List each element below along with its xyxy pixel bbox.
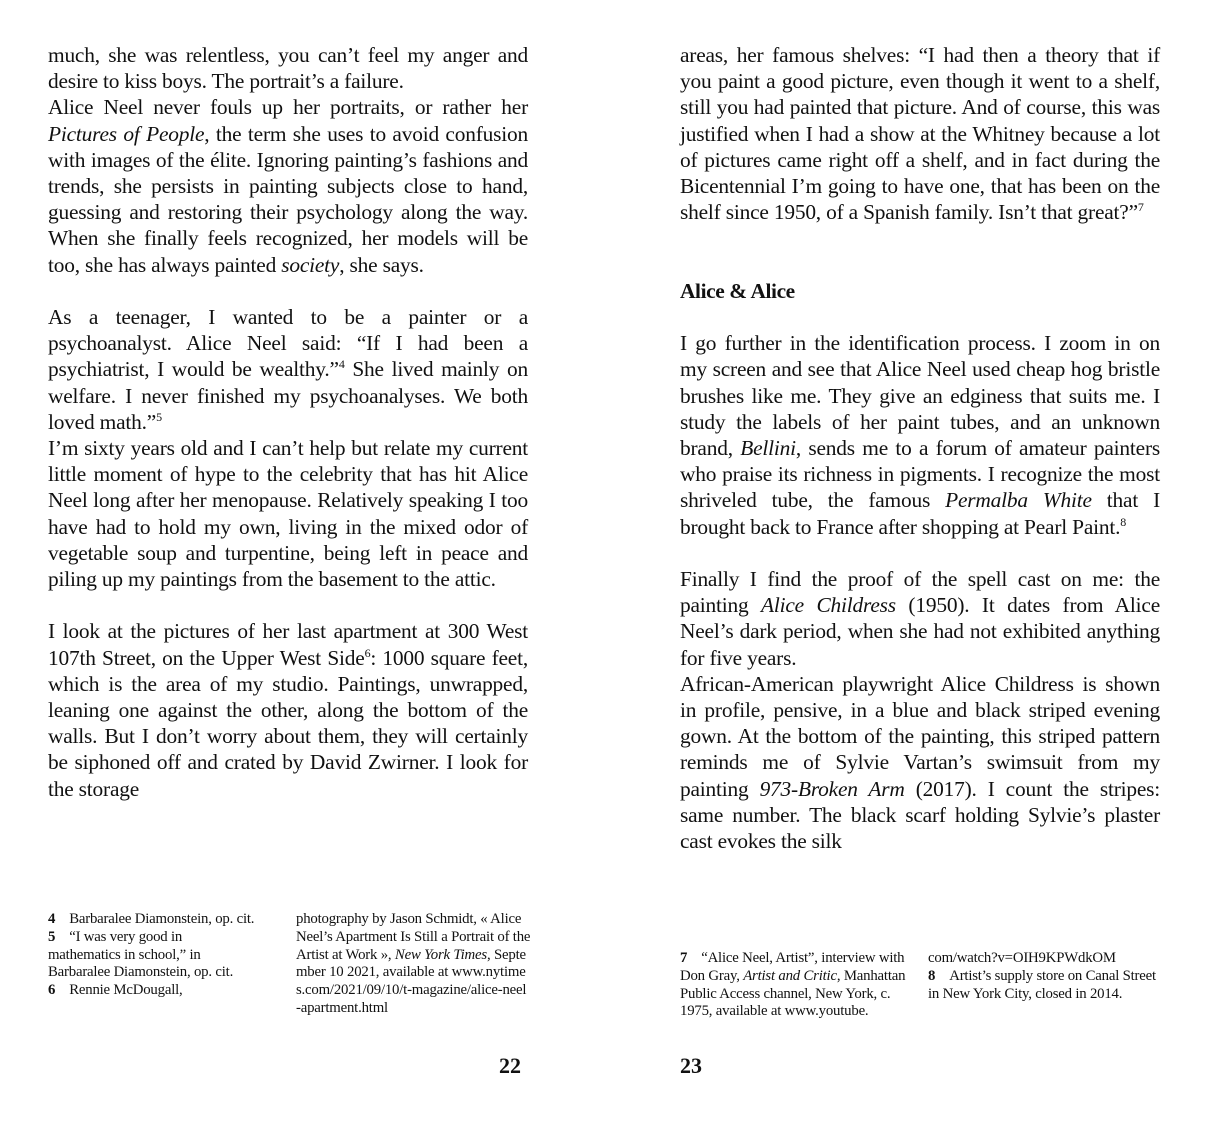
footnote-4: 4Barbaralee Diamonstein, op. cit. [48, 911, 258, 929]
left-page: much, she was relentless, you can’t feel… [0, 0, 602, 1122]
footnote-column-2: photography by Jason Schmidt, « Alice Ne… [296, 911, 531, 1018]
italic-title: Pictures of People [48, 122, 204, 146]
footnote-column-2: com/watch?v=OIH9KPWdkOM 8Artist’s supply… [928, 950, 1163, 1003]
paragraph: I go further in the identification proce… [680, 330, 1160, 540]
paragraph: I’m sixty years old and I can’t help but… [48, 435, 528, 592]
left-body-text: much, she was relentless, you can’t feel… [48, 42, 528, 802]
italic-title: Bellini [740, 436, 796, 460]
paragraph: Finally I find the proof of the spell ca… [680, 566, 1160, 671]
italic-title: society [281, 253, 339, 277]
italic-title: Alice Childress [761, 593, 896, 617]
italic-title: 973-Broken Arm [760, 777, 905, 801]
footnote-ref: 7 [1138, 200, 1144, 214]
paragraph: Alice Neel never fouls up her portraits,… [48, 94, 528, 277]
footnote-7: 7“Alice Neel, Artist”, interview with Do… [680, 950, 912, 1021]
right-body-text: areas, her famous shelves: “I had then a… [680, 42, 1160, 854]
footnote-6-continued: photography by Jason Schmidt, « Alice Ne… [296, 911, 531, 1018]
paragraph: much, she was relentless, you can’t feel… [48, 42, 528, 94]
footnote-6: 6Rennie McDougall, [48, 982, 258, 1000]
footnote-column-1: 4Barbaralee Diamonstein, op. cit. 5“I wa… [48, 911, 258, 1000]
text-run: much, she was relentless, you can’t feel… [48, 43, 528, 93]
section-heading: Alice & Alice [680, 278, 1160, 304]
paragraph: areas, her famous shelves: “I had then a… [680, 42, 1160, 225]
footnote-5: 5“I was very good in mathematics in scho… [48, 929, 258, 982]
page-number: 22 [499, 1053, 521, 1079]
text-run: areas, her famous shelves: “I had then a… [680, 43, 1160, 224]
text-run: , she says. [339, 253, 424, 277]
paragraph: As a teenager, I wanted to be a painter … [48, 304, 528, 435]
footnote-7-continued: com/watch?v=OIH9KPWdkOM [928, 950, 1163, 968]
footnote-ref: 8 [1120, 515, 1126, 529]
page-number: 23 [680, 1053, 702, 1079]
paragraph: African-American playwright Alice Childr… [680, 671, 1160, 854]
paragraph: I look at the pictures of her last apart… [48, 618, 528, 801]
footnote-column-1: 7“Alice Neel, Artist”, interview with Do… [680, 950, 912, 1021]
italic-title: Permalba White [945, 488, 1092, 512]
footnote-ref: 5 [156, 410, 162, 424]
footnote-8: 8Artist’s supply store on Canal Street i… [928, 968, 1163, 1004]
text-run: I’m sixty years old and I can’t help but… [48, 436, 528, 591]
text-run: Alice Neel never fouls up her portraits,… [48, 95, 528, 119]
right-page: areas, her famous shelves: “I had then a… [603, 0, 1205, 1122]
